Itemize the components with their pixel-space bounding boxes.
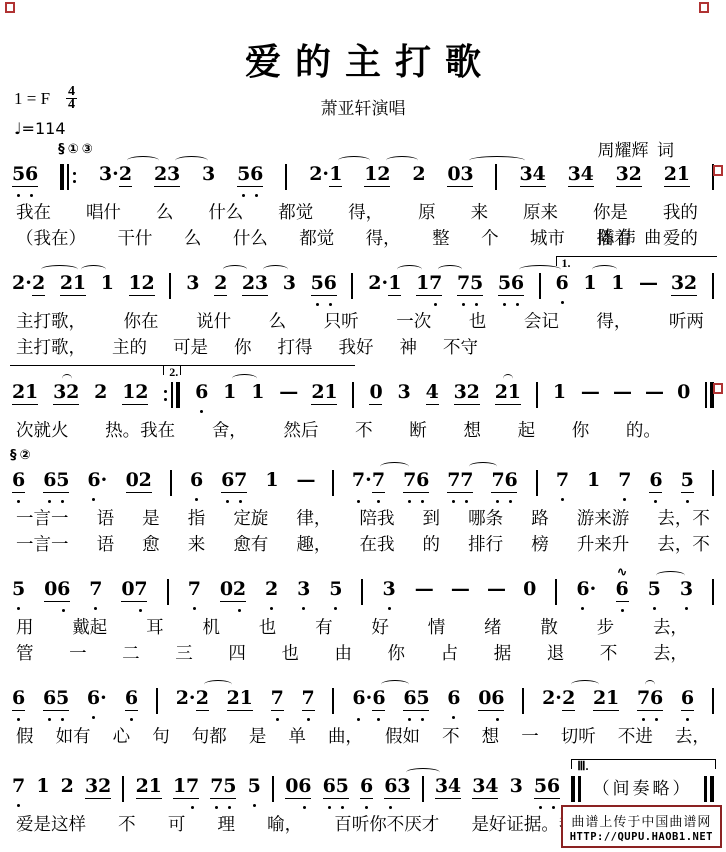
note-token: 7 (618, 470, 631, 499)
beamed-group: 17 (173, 776, 199, 799)
octave-dot-row (297, 492, 314, 499)
lyric-group: 来 (188, 533, 206, 556)
octave-dot-slot (119, 188, 132, 195)
octave-dot (452, 500, 455, 503)
note-digit: 1 (101, 273, 114, 294)
note-digit: 3 (510, 776, 523, 797)
note-digits: 1 (36, 776, 49, 797)
octave-dot-slot (547, 800, 560, 807)
lyric-group: 如有 (56, 725, 91, 748)
note-token: 7 (89, 579, 102, 608)
barline (122, 776, 124, 802)
note-token: 12 (129, 273, 155, 304)
note-token: 23 (154, 164, 180, 195)
barline (156, 688, 158, 714)
note-digit: 6 (681, 688, 694, 709)
octave-dot-slot (467, 406, 480, 413)
octave-dot (139, 609, 142, 612)
octave-dot (377, 500, 380, 503)
plain-group: 6 (447, 688, 460, 709)
octave-dot-row (415, 601, 432, 608)
octave-dot-row (87, 710, 107, 717)
note-digits: 6·6 (352, 688, 385, 711)
note-digit: 6 (491, 688, 504, 709)
note-token: 21 (311, 382, 337, 413)
octave-dot-row (447, 710, 460, 717)
note-digits: 76 (491, 470, 517, 493)
slur-arc (232, 374, 257, 383)
barline-stroke (712, 579, 714, 605)
octave-dot (17, 607, 20, 610)
octave-dot-row (190, 492, 203, 499)
note-token: 21 (227, 688, 253, 719)
note-token: 6· (576, 579, 596, 608)
lyric-group: 排行 (468, 533, 503, 556)
music-system: 6656·62·221776·6656062·221766假如有心句句都是单曲，… (10, 669, 716, 748)
note-digit: 2 (154, 164, 167, 185)
octave-dot-row (297, 601, 310, 608)
lyric-group: 都觉 (278, 201, 313, 224)
note-token: 32 (53, 382, 79, 413)
octave-dot-slot (460, 188, 473, 195)
note-digits: 6 (125, 688, 138, 711)
octave-dot (200, 410, 203, 413)
note-digits: 65 (403, 688, 429, 711)
note-digit: 5 (237, 164, 250, 185)
note-token: 56 (12, 164, 38, 195)
note-token: 0 (677, 382, 690, 411)
note-digits: 6 (360, 776, 373, 799)
barline-stroke (712, 688, 714, 714)
note-digits: — (613, 382, 630, 403)
note-token: 6 (616, 579, 629, 610)
octave-dot-slot (664, 188, 677, 195)
octave-dot-slot (487, 601, 504, 608)
octave-dot-slot (412, 186, 425, 193)
plain-group: 3 (283, 273, 296, 294)
barline (522, 688, 524, 714)
octave-dot-slot (298, 800, 311, 807)
octave-dot-slot (220, 603, 233, 610)
octave-dot-row (309, 188, 342, 195)
note-digits: 0 (369, 382, 382, 405)
note-digits: 5 (648, 579, 661, 600)
note-digit: 7 (403, 470, 416, 491)
notation-row: 5067077022353———06·653∿ (10, 579, 716, 613)
octave-dot-row (416, 297, 442, 304)
octave-dot-slot (279, 404, 296, 411)
plain-group: 6· (576, 579, 596, 600)
slur-arc (380, 462, 408, 471)
plain-group: 6 (556, 273, 569, 294)
barline (495, 164, 497, 190)
barline-stroke (712, 470, 714, 496)
slur-arc (592, 265, 617, 274)
plain-group: 7 (188, 579, 201, 600)
octave-dot-slot (645, 404, 662, 411)
octave-dot (462, 303, 465, 306)
note-digit: 1 (416, 273, 429, 294)
octave-dot-row (648, 601, 661, 608)
lyric-group: 句都 (192, 725, 227, 748)
octave-dot (48, 718, 51, 721)
octave-dot-slot (454, 406, 467, 413)
segno-mark: §② (10, 448, 34, 463)
beamed-group: 7 (271, 688, 284, 711)
lyric-group: 榜 (531, 533, 549, 556)
beamed-group: 32 (454, 382, 480, 405)
octave-dot-row (136, 800, 162, 807)
octave-dot-slot (681, 494, 694, 501)
note-token: 6· (87, 470, 107, 499)
note-token: 76 (637, 688, 663, 719)
octave-dot-slot (195, 404, 208, 411)
note-digit: 7 (89, 579, 102, 600)
note-digit: 6 (416, 470, 429, 491)
octave-dot (17, 194, 20, 197)
octave-dot-slot (520, 188, 533, 195)
octave-dot (239, 500, 242, 503)
octave-dot-slot (44, 603, 57, 610)
site-url: HTTP://QUPU.HAOB1.NET (570, 831, 713, 843)
octave-dot-row (639, 295, 656, 302)
octave-dot-row (613, 404, 630, 411)
beamed-group: 75 (457, 273, 483, 296)
octave-dot-slot (616, 188, 629, 195)
lyric-group: 听两 (669, 310, 704, 333)
volta-label: 1. (562, 256, 571, 271)
music-system: 6656·026671—7·776777671765§②一言一语是指定旋律，陪我… (10, 451, 716, 556)
octave-dot-row (242, 297, 268, 304)
beamed-group: 6 (12, 688, 25, 711)
slur-arc (571, 680, 599, 689)
note-digit: 1 (324, 382, 337, 403)
note-digits: 21 (12, 382, 38, 405)
note-digits: 2 (412, 164, 425, 185)
plain-group: 7 (12, 776, 25, 797)
beamed-group: 32 (53, 382, 79, 405)
note-token: 2 (265, 579, 278, 608)
beamed-group: 67 (221, 470, 247, 493)
octave-dot-row (435, 800, 461, 807)
octave-dot-slot (149, 800, 162, 807)
octave-dot-slot (324, 297, 337, 304)
octave-dot-slot (125, 712, 138, 719)
octave-dot-slot (451, 601, 468, 608)
lyric-group: 也 (281, 642, 299, 665)
octave-dot-row (154, 188, 180, 195)
note-digit: 2 (467, 382, 480, 403)
note-token: 06 (478, 688, 504, 719)
note-digit: 6 (649, 470, 662, 491)
octave-dot (61, 500, 64, 503)
lyric-group: 升来升 (577, 533, 630, 556)
note-digit: 1 (265, 470, 278, 491)
lyric-group: 哪条 (468, 507, 503, 530)
beamed-group: 21 (311, 382, 337, 405)
beamed-group: 21 (60, 273, 86, 296)
barline-stroke (495, 164, 497, 190)
repeat-end-barline (163, 382, 180, 408)
octave-dot (307, 718, 310, 721)
note-digits: 56 (237, 164, 263, 187)
plain-group: 2 (61, 776, 74, 797)
barline-stroke (60, 164, 64, 190)
slur-arc (381, 680, 409, 689)
slur-arc (397, 265, 422, 274)
note-digit: 2 (562, 688, 575, 709)
beamed-group: 06 (285, 776, 311, 799)
octave-dot (242, 194, 245, 197)
plain-group: 5 (329, 579, 342, 600)
note-digit: 6 (87, 470, 100, 491)
music-system: 2·22111232233562·1177556611—321.主打歌，你在说什… (10, 254, 716, 359)
note-digit: 7 (186, 776, 199, 797)
octave-dot-slot (415, 601, 432, 608)
note-digits: 32 (671, 273, 697, 296)
note-token: 56 (311, 273, 337, 304)
barline-stroke (351, 273, 353, 299)
octave-dot-slot (416, 297, 429, 304)
octave-dot-slot (403, 712, 416, 719)
octave-dot-row (283, 295, 296, 302)
octave-dot-row (12, 601, 25, 608)
octave-dot-slot (457, 297, 470, 304)
lyric-group: 心 (113, 725, 131, 748)
note-digit: 4 (485, 776, 498, 797)
note-token: 12 (122, 382, 148, 413)
note-digits: 1 (553, 382, 566, 403)
note-digits: 3 (297, 579, 310, 600)
duration-dash: — (581, 382, 598, 403)
note-token: 2 (61, 776, 74, 805)
lyric-group: 趣， (296, 533, 331, 556)
octave-dot-slot (677, 188, 690, 195)
octave-dot (408, 500, 411, 503)
octave-dot-slot (12, 188, 25, 195)
octave-dot-slot (12, 297, 25, 304)
octave-dot-slot (43, 494, 56, 501)
note-digits: 0 (677, 382, 690, 403)
plain-group: 5 (248, 776, 261, 797)
lyrics-line: （我在）干什么什么都觉得，整个城市播着爱的 (10, 227, 716, 250)
notation-row: 2132212611—2103432211———02. (10, 382, 716, 416)
octave-dot (30, 194, 33, 197)
octave-dot-slot (435, 800, 448, 807)
barline (351, 273, 353, 299)
octave-dot (17, 804, 20, 807)
note-token: 02 (220, 579, 246, 610)
octave-dot-slot (377, 188, 390, 195)
plain-group: 2· (309, 164, 329, 187)
note-digits: 21 (136, 776, 162, 799)
barline (712, 688, 714, 714)
barline-stroke (169, 273, 171, 299)
barline (712, 470, 714, 496)
note-digit: 0 (285, 776, 298, 797)
note-token: 7·7 (352, 470, 385, 501)
barline-stroke (712, 273, 714, 299)
note-digit: 2 (309, 164, 322, 187)
note-token: 3 (680, 579, 693, 608)
plain-group: — (613, 382, 630, 403)
lyric-group: 原来 (523, 201, 558, 224)
lyric-group: 的 (423, 533, 441, 556)
note-digit: 1 (173, 776, 186, 797)
octave-dot-slot (135, 406, 148, 413)
octave-dot-row (671, 297, 697, 304)
note-digit: 1 (553, 382, 566, 403)
note-digit: 2 (368, 273, 381, 296)
lyric-group: 什么 (233, 227, 268, 250)
octave-dot-slot (593, 712, 606, 719)
lyric-group: 戴起 (72, 616, 107, 639)
lyric-group: 切听 (561, 725, 596, 748)
note-token: 6 (195, 382, 208, 411)
note-digits: 6 (195, 382, 208, 403)
lyric-group: 可 (168, 813, 186, 836)
octave-dot (434, 303, 437, 306)
note-digit: 6 (403, 688, 416, 709)
note-digit: 3 (99, 164, 112, 187)
beamed-group: 21 (495, 382, 521, 405)
octave-dot-slot (372, 494, 385, 501)
augmentation-dot: · (189, 688, 196, 711)
note-digits: 03 (447, 164, 473, 187)
beamed-group: 56 (498, 273, 524, 296)
plain-group: — (297, 470, 314, 491)
lyric-group: 原 (418, 201, 436, 224)
note-digits: 17 (173, 776, 199, 799)
octave-dot-row (311, 297, 337, 304)
octave-dot (17, 500, 20, 503)
note-digit: 1 (606, 688, 619, 709)
octave-dot-slot (210, 800, 223, 807)
note-digit: 1 (388, 273, 401, 294)
plain-group: 6· (352, 688, 372, 711)
plain-group: 5 (648, 579, 661, 600)
barline-stroke (272, 776, 274, 802)
note-digits: — (415, 579, 432, 600)
note-digits: 7·7 (352, 470, 385, 493)
octave-dot (226, 500, 229, 503)
octave-dot-row (403, 712, 429, 719)
lyric-group: 得， (366, 227, 401, 250)
note-digit: 5 (498, 273, 511, 294)
note-digits: 7 (12, 776, 25, 797)
octave-dot-row (611, 295, 624, 302)
note-digit: 6 (43, 688, 56, 709)
octave-dot-slot (403, 494, 416, 501)
octave-dot-row (681, 494, 694, 501)
plain-group: 3 (680, 579, 693, 600)
octave-dot-row (87, 492, 107, 499)
plain-group: 2 (94, 382, 107, 403)
octave-dot (303, 806, 306, 809)
note-digits: 65 (43, 470, 69, 493)
octave-dot-slot (311, 297, 324, 304)
note-digits: 3 (283, 273, 296, 294)
octave-dot-slot (100, 492, 107, 499)
note-token: 2·2 (176, 688, 209, 719)
barline (332, 688, 334, 714)
note-digit: 5 (12, 579, 25, 600)
octave-dot (191, 806, 194, 809)
note-digit: 1 (223, 382, 236, 403)
augmentation-dot: · (100, 688, 107, 709)
lyrics-line: 用戴起耳机也有好情绪散步去， (10, 616, 716, 639)
octave-dot-slot (129, 297, 142, 304)
lyric-group: 假 (16, 725, 34, 748)
barline-stroke (67, 164, 69, 190)
octave-dot (316, 303, 319, 306)
lyric-group: 主打歌， (16, 336, 86, 359)
note-digits: 56 (311, 273, 337, 296)
note-digit: 7 (447, 470, 460, 491)
lyric-group: 么 (156, 201, 174, 224)
octave-dot-slot (360, 800, 373, 807)
note-digit: 1 (364, 164, 377, 185)
note-digit: 2 (227, 688, 240, 709)
octave-dot-row (680, 601, 693, 608)
note-digits: 3 (202, 164, 215, 185)
octave-dot-slot (352, 494, 365, 501)
octave-dot-slot (60, 297, 73, 304)
beamed-group: 34 (435, 776, 461, 799)
note-digits: 06 (44, 579, 70, 602)
octave-dot-row (384, 800, 410, 807)
note-digit: 4 (448, 776, 461, 797)
octave-dot-row (677, 404, 690, 411)
barline-stroke (171, 382, 173, 408)
note-token: 2·1 (368, 273, 401, 304)
octave-dot-slot (297, 492, 314, 499)
octave-dot-row (12, 406, 38, 413)
note-digit: 5 (416, 688, 429, 709)
octave-dot-slot (556, 492, 569, 499)
barline-stroke (536, 470, 538, 496)
octave-dot-slot (447, 710, 460, 717)
slur-arc (503, 374, 513, 383)
octave-dot-row (220, 603, 246, 610)
note-token: 7 (188, 579, 201, 608)
octave-dot-slot (568, 188, 581, 195)
plain-group: 3 (202, 164, 215, 185)
note-token: 3 (202, 164, 215, 193)
octave-dot-row (265, 492, 278, 499)
lyric-group: 去， (653, 616, 688, 639)
sheet-page: 爱的主打歌 萧亚轩演唱 周耀辉 词 陈 伟 曲 1 = F 4 4 ♩=114 … (0, 0, 726, 852)
note-digit: 5 (56, 470, 69, 491)
beamed-group: 2 (214, 273, 227, 296)
note-digits: 12 (364, 164, 390, 187)
octave-dot-row (44, 603, 70, 610)
note-digits: 2·2 (176, 688, 209, 711)
lyric-group: 假如 (385, 725, 420, 748)
octave-dot-slot (265, 601, 278, 608)
note-token: 3 (283, 273, 296, 302)
note-digits: 1 (101, 273, 114, 294)
note-digit: 2 (60, 273, 73, 294)
octave-dot-row (323, 800, 349, 807)
barline-stroke (422, 776, 424, 802)
lyric-group: 百听你不厌才 (334, 813, 439, 836)
plain-group: — (451, 579, 468, 600)
slur-arc (469, 462, 497, 471)
lyric-group: 喻， (267, 813, 302, 836)
slur-arc (386, 156, 418, 165)
beamed-group: 21 (664, 164, 690, 187)
